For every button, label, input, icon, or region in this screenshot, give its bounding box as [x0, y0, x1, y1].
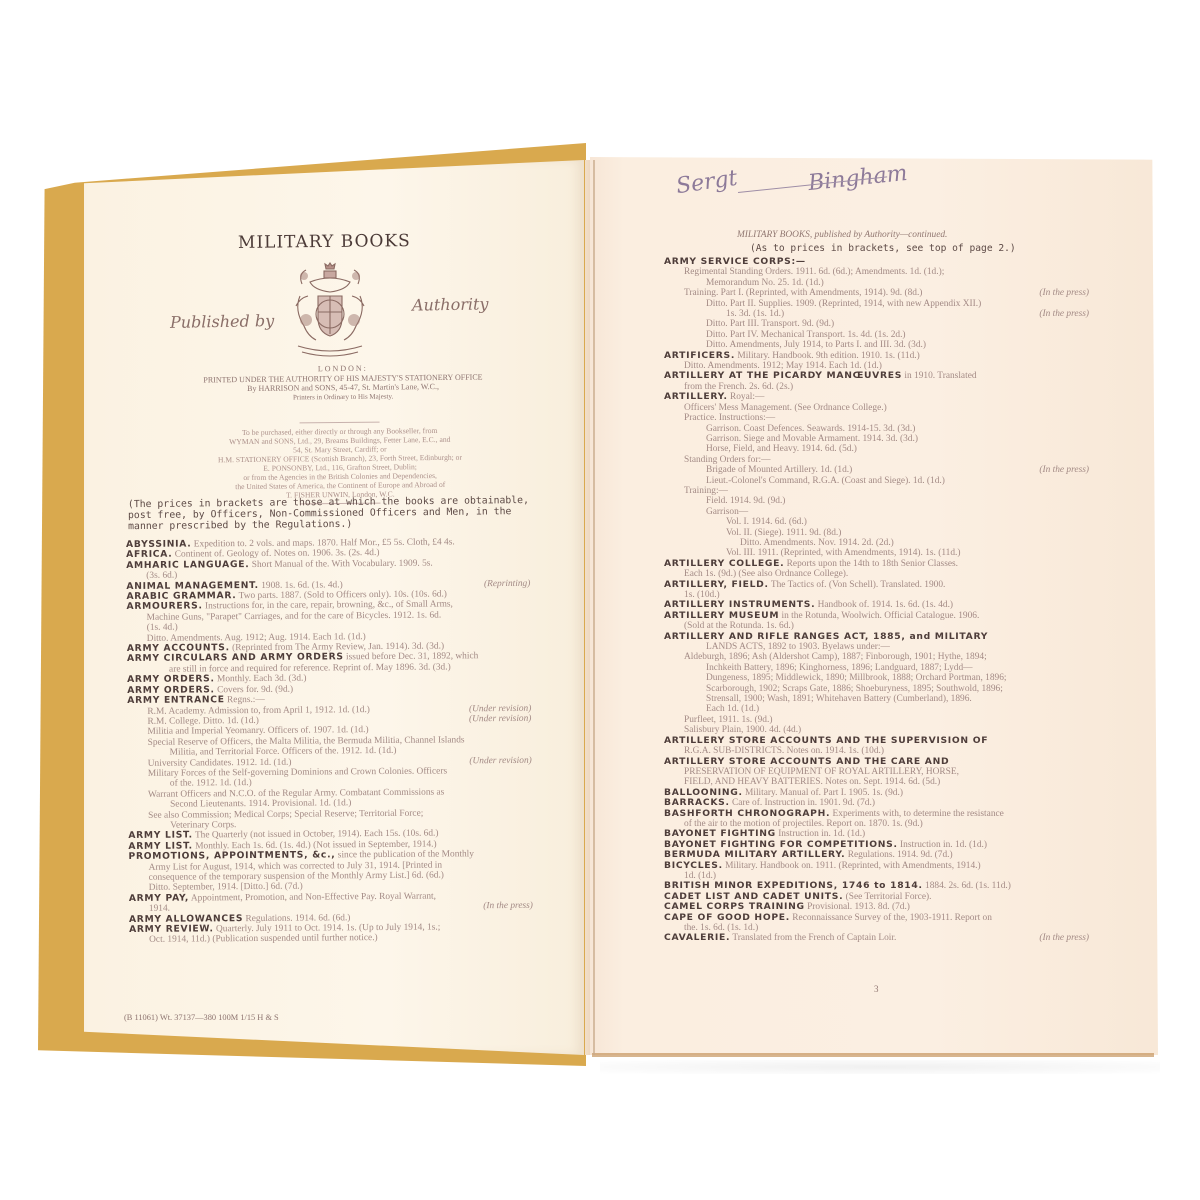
entry-text: Covers for. 9d. (9d.): [215, 684, 293, 695]
catalogue-entry: Brigade of Mounted Artillery. 1d. (1d.)(…: [664, 465, 1089, 475]
entry-text: Garrison. Coast Defences. Seawards. 1914…: [706, 424, 915, 434]
entry-text: Memorandum No. 25. 1d. (1d.): [706, 278, 824, 288]
prices-note: (The prices in brackets are those at whi…: [128, 495, 540, 533]
entry-text: Regns.:—: [225, 695, 265, 705]
entry-status-note: (Reprinting): [484, 578, 530, 589]
catalogue-list-right: ARMY SERVICE CORPS:—Regimental Standing …: [664, 257, 1089, 944]
entry-text: in the Rotunda, Woolwich. Official Catal…: [779, 611, 979, 621]
entry-text: LANDS ACTS, 1892 to 1903. Byelaws under:…: [706, 642, 890, 652]
entry-text: Handbook of. 1914. 1s. 6d. (1s. 4d.): [815, 600, 953, 610]
entry-text: Ditto. Part II. Supplies. 1909. (Reprint…: [706, 299, 981, 309]
book-shadow: [600, 1060, 1160, 1074]
entry-heading: ARMY ENTRANCE: [127, 694, 224, 706]
entry-heading: AMHARIC LANGUAGE.: [126, 559, 249, 571]
entry-text: Oct. 1914, 11d.) (Publication suspended …: [149, 933, 378, 945]
entry-text: Regulations. 1914. 6d. (6d.): [243, 913, 350, 924]
entry-heading: ARTILLERY STORE ACCOUNTS AND THE SUPERVI…: [664, 735, 988, 746]
catalogue-entry: LANDS ACTS, 1892 to 1903. Byelaws under:…: [664, 642, 1089, 652]
entry-text: 1908. 1s. 6d. (1s. 4d.): [259, 580, 343, 591]
entry-text: 1s. 3d. (1s. 1d.): [726, 309, 784, 319]
catalogue-entry: ARTILLERY AT THE PICARDY MANŒUVRES in 19…: [664, 371, 1089, 381]
entry-text: Garrison. Siege and Movable Armament. 19…: [706, 434, 918, 444]
entry-status-note: (Under revision): [469, 714, 531, 725]
entry-heading: CAMEL CORPS TRAINING: [664, 901, 805, 912]
entry-heading: BASHFORTH CHRONOGRAPH.: [664, 808, 830, 819]
entry-text: Vol. II. (Siege). 1911. 9d. (8d.): [726, 528, 841, 538]
entry-text: in 1910. Translated: [902, 371, 976, 381]
entry-heading: ARTILLERY AT THE PICARDY MANŒUVRES: [664, 370, 902, 381]
entry-heading: ARMY PAY,: [129, 892, 189, 903]
entry-text: Brigade of Mounted Artillery. 1d. (1d.): [706, 465, 852, 475]
entry-text: Ditto. Part III. Transport. 9d. (9d.): [706, 319, 834, 329]
catalogue-entry: ARTILLERY, FIELD. The Tactics of. (Von S…: [664, 580, 1089, 590]
divider: [300, 422, 380, 424]
entry-heading: ARMOURERS.: [126, 601, 202, 613]
entry-text: Garrison—: [706, 507, 748, 517]
entry-text: Vol. I. 1914. 6d. (6d.): [726, 517, 807, 527]
entry-text: Provisional. 1913. 8d. (7d.): [805, 902, 910, 912]
entry-text: PRESERVATION OF EQUIPMENT OF ROYAL ARTIL…: [684, 767, 959, 777]
catalogue-entry: 1s. 3d. (1s. 1d.)(In the press): [664, 309, 1089, 319]
entry-status-note: (In the press): [1039, 933, 1089, 943]
entry-text: Horse, Field, and Heavy. 1914. 6d. (5d.): [706, 444, 857, 454]
entry-text: University Candidates. 1912. 1d. (1d.): [148, 757, 292, 768]
entry-text: Translated from the French of Captain Lo…: [730, 933, 896, 943]
entry-heading: ARMY SERVICE CORPS:—: [664, 256, 806, 267]
catalogue-entry: CAVALERIE. Translated from the French of…: [664, 933, 1089, 943]
entry-heading: ARTILLERY, FIELD.: [664, 579, 769, 590]
entry-text: Training:—: [684, 486, 728, 496]
entry-text: Regimental Standing Orders. 1911. 6d. (6…: [684, 267, 944, 277]
entry-text: Each 1d. (1d.): [706, 704, 759, 714]
entry-heading: CADET LIST AND CADET UNITS.: [664, 891, 843, 902]
catalogue-entry: Horse, Field, and Heavy. 1914. 6d. (5d.): [664, 444, 1089, 454]
entry-text: Training. Part I. (Reprinted, with Amend…: [684, 288, 922, 298]
entry-status-note: (Under revision): [469, 755, 531, 766]
entry-heading: BAYONET FIGHTING: [664, 828, 776, 839]
entry-text: (1s. 4d.): [147, 623, 178, 633]
entry-text: The Tactics of. (Von Schell). Translated…: [769, 580, 946, 590]
entry-heading: CAVALERIE.: [664, 932, 730, 943]
catalogue-entry: Each 1d. (1d.): [664, 704, 1089, 714]
catalogue-entry: Training:—: [664, 486, 1089, 496]
catalogue-entry: ARMY SERVICE CORPS:—: [664, 257, 1089, 267]
entry-text: Reconnaissance Survey of the, 1903-1911.…: [790, 913, 992, 923]
entry-text: Ditto. Part IV. Mechanical Transport. 1s…: [706, 330, 906, 340]
catalogue-entry: ARTILLERY MUSEUM in the Rotunda, Woolwic…: [664, 611, 1089, 621]
catalogue-entry: Ditto. Amendments. Nov. 1914. 2d. (2d.): [664, 538, 1089, 548]
catalogue-entry: Strensall, 1900; Wash, 1891; Whitehaven …: [664, 694, 1089, 704]
catalogue-entry: Purfleet, 1911. 1s. (9d.): [664, 715, 1089, 725]
entry-text: Military. Handbook. 9th edition. 1910. 1…: [735, 351, 920, 361]
entry-text: Ditto. Amendments. Nov. 1914. 2d. (2d.): [740, 538, 894, 548]
continued-header: MILITARY BOOKS, published by Authority—c…: [737, 230, 947, 240]
entry-status-note: (Under revision): [469, 703, 531, 714]
printer-code: (B 11061) Wt. 37137—380 100M 1/15 H & S: [124, 1013, 279, 1022]
page-title: MILITARY BOOKS: [238, 231, 411, 253]
catalogue-entry: ARTILLERY STORE ACCOUNTS AND THE SUPERVI…: [664, 736, 1089, 746]
entry-text: Monthly. Each 3d. (3d.): [215, 674, 307, 685]
price-note-reference: (As to prices in brackets, see top of pa…: [750, 243, 1016, 254]
spine-line: [593, 160, 595, 1055]
entry-text: Regulations. 1914. 9d. (7d.): [845, 850, 952, 860]
entry-text: Experiments with, to determine the resis…: [830, 809, 1004, 819]
entry-text: since the publication of the Monthly: [335, 849, 474, 860]
catalogue-entry: CAPE OF GOOD HOPE. Reconnaissance Survey…: [664, 913, 1089, 923]
entry-heading: ARTILLERY AND RIFLE RANGES ACT, 1885, an…: [664, 631, 988, 642]
entry-text: Military. Handbook on. 1911. (Reprinted,…: [723, 861, 981, 871]
entry-heading: ARTILLERY COLLEGE.: [664, 558, 784, 569]
entry-text: Scarborough, 1902; Scraps Gate, 1886; Sh…: [706, 684, 1003, 694]
catalogue-entry: Garrison. Coast Defences. Seawards. 1914…: [664, 424, 1089, 434]
page-edge: [592, 1053, 1154, 1057]
catalogue-entry: ARTIFICERS. Military. Handbook. 9th edit…: [664, 351, 1089, 361]
entry-text: Officers' Mess Management. (See Ordnance…: [684, 403, 887, 413]
catalogue-entry: Officers' Mess Management. (See Ordnance…: [664, 403, 1089, 413]
entry-text: Reports upon the 14th to 18th Senior Cla…: [784, 559, 958, 569]
entry-heading: CAPE OF GOOD HOPE.: [664, 912, 790, 923]
catalogue-entry: BICYCLES. Military. Handbook on. 1911. (…: [664, 861, 1089, 871]
catalogue-entry: Vol. I. 1914. 6d. (6d.): [664, 517, 1089, 527]
entry-text: Inchkeith Battery, 1896; Kinghorness, 18…: [706, 663, 973, 673]
catalogue-entry: Inchkeith Battery, 1896; Kinghorness, 18…: [664, 663, 1089, 673]
entry-status-note: (In the press): [1039, 465, 1089, 475]
catalogue-entry: Practice. Instructions:—: [664, 413, 1089, 423]
catalogue-entry: Standing Orders for:—: [664, 455, 1089, 465]
catalogue-entry: Garrison. Siege and Movable Armament. 19…: [664, 434, 1089, 444]
imprint-block: LONDON: PRINTED UNDER THE AUTHORITY OF H…: [148, 362, 538, 404]
catalogue-entry: Lieut.-Colonel's Command, R.G.A. (Coast …: [664, 476, 1089, 486]
entry-heading: ARTILLERY.: [664, 391, 728, 402]
catalogue-entry: Ditto. Part II. Supplies. 1909. (Reprint…: [664, 299, 1089, 309]
catalogue-entry: ARTILLERY COLLEGE. Reports upon the 14th…: [664, 559, 1089, 569]
entry-heading: BAYONET FIGHTING FOR COMPETITIONS.: [664, 839, 898, 850]
entry-text: Practice. Instructions:—: [684, 413, 775, 423]
catalogue-entry: Ditto. Part IV. Mechanical Transport. 1s…: [664, 330, 1089, 340]
entry-heading: BRITISH MINOR EXPEDITIONS, 1746 to 1814.: [664, 880, 923, 891]
catalogue-entry: BERMUDA MILITARY ARTILLERY. Regulations.…: [664, 850, 1089, 860]
catalogue-entry: ARTILLERY. Royal:—: [664, 392, 1089, 402]
entry-text: Ditto. Amendments, July 1914, to Parts I…: [706, 340, 926, 350]
entry-text: Field. 1914. 9d. (9d.): [706, 496, 785, 506]
catalogue-entry: Vol. II. (Siege). 1911. 9d. (8d.): [664, 528, 1089, 538]
entry-text: Strensall, 1900; Wash, 1891; Whitehaven …: [706, 694, 972, 704]
entry-heading: ARTIFICERS.: [664, 350, 735, 361]
entry-heading: BERMUDA MILITARY ARTILLERY.: [664, 849, 845, 860]
catalogue-entry: Memorandum No. 25. 1d. (1d.): [664, 278, 1089, 288]
entry-status-note: (In the press): [1039, 288, 1089, 298]
entry-text: Military. Manual of. Part I. 1905. 1s. (…: [743, 788, 903, 798]
entry-heading: ARTILLERY INSTRUMENTS.: [664, 599, 815, 610]
authority-label: Authority: [412, 294, 489, 314]
catalogue-entry: Garrison—: [664, 507, 1089, 517]
catalogue-entry: BASHFORTH CHRONOGRAPH. Experiments with,…: [664, 809, 1089, 819]
page-number: 3: [874, 984, 879, 994]
catalogue-entry: Aldeburgh, 1896; Ash (Aldershot Camp), 1…: [664, 652, 1089, 662]
entry-text: Lieut.-Colonel's Command, R.G.A. (Coast …: [706, 476, 945, 486]
entry-text: issued before Dec. 31, 1892, which: [344, 652, 479, 663]
entry-heading: ARTILLERY MUSEUM: [664, 610, 779, 621]
catalogue-entry: Field. 1914. 9d. (9d.): [664, 496, 1089, 506]
entry-heading: ARTILLERY STORE ACCOUNTS AND THE CARE AN…: [664, 756, 949, 767]
entry-text: 1884. 2s. 6d. (1s. 11d.): [923, 881, 1011, 891]
entry-text: (See Territorial Force).: [843, 892, 931, 902]
entry-status-note: (In the press): [483, 901, 533, 912]
catalogue-entry: PRESERVATION OF EQUIPMENT OF ROYAL ARTIL…: [664, 767, 1089, 777]
entry-text: Standing Orders for:—: [684, 455, 770, 465]
catalogue-entry: ARTILLERY STORE ACCOUNTS AND THE CARE AN…: [664, 757, 1089, 767]
catalogue-entry: Scarborough, 1902; Scraps Gate, 1886; Sh…: [664, 684, 1089, 694]
catalogue-entry: ARTILLERY AND RIFLE RANGES ACT, 1885, an…: [664, 632, 1089, 642]
royal-coat-of-arms-icon: [288, 262, 372, 360]
published-by-label: Published by: [170, 311, 274, 332]
entry-heading: BICYCLES.: [664, 860, 723, 871]
entry-heading: BARRACKS.: [664, 797, 730, 808]
catalogue-list-left: ABYSSINIA. Expedition to. 2 vols. and ma…: [126, 537, 533, 946]
entry-text: of the. 1912. 1d. (1d.): [170, 778, 252, 789]
entry-heading: BALLOONING.: [664, 787, 743, 798]
entry-text: Royal:—: [728, 392, 765, 402]
entry-text: Aldeburgh, 1896; Ash (Aldershot Camp), 1…: [684, 652, 987, 662]
catalogue-entry: Training. Part I. (Reprinted, with Amend…: [664, 288, 1089, 298]
entry-status-note: (In the press): [1039, 309, 1089, 319]
catalogue-entry: Dungeness, 1895; Middlewick, 1890; Millb…: [664, 673, 1089, 683]
catalogue-entry: Regimental Standing Orders. 1911. 6d. (6…: [664, 267, 1089, 277]
entry-heading: ARMY REVIEW.: [129, 923, 214, 935]
catalogue-entry: Ditto. Part III. Transport. 9d. (9d.): [664, 319, 1089, 329]
entry-text: Instruction in. 1d. (1d.): [898, 840, 987, 850]
entry-text: Dungeness, 1895; Middlewick, 1890; Millb…: [706, 673, 1007, 683]
entry-text: Purfleet, 1911. 1s. (9d.): [684, 715, 772, 725]
